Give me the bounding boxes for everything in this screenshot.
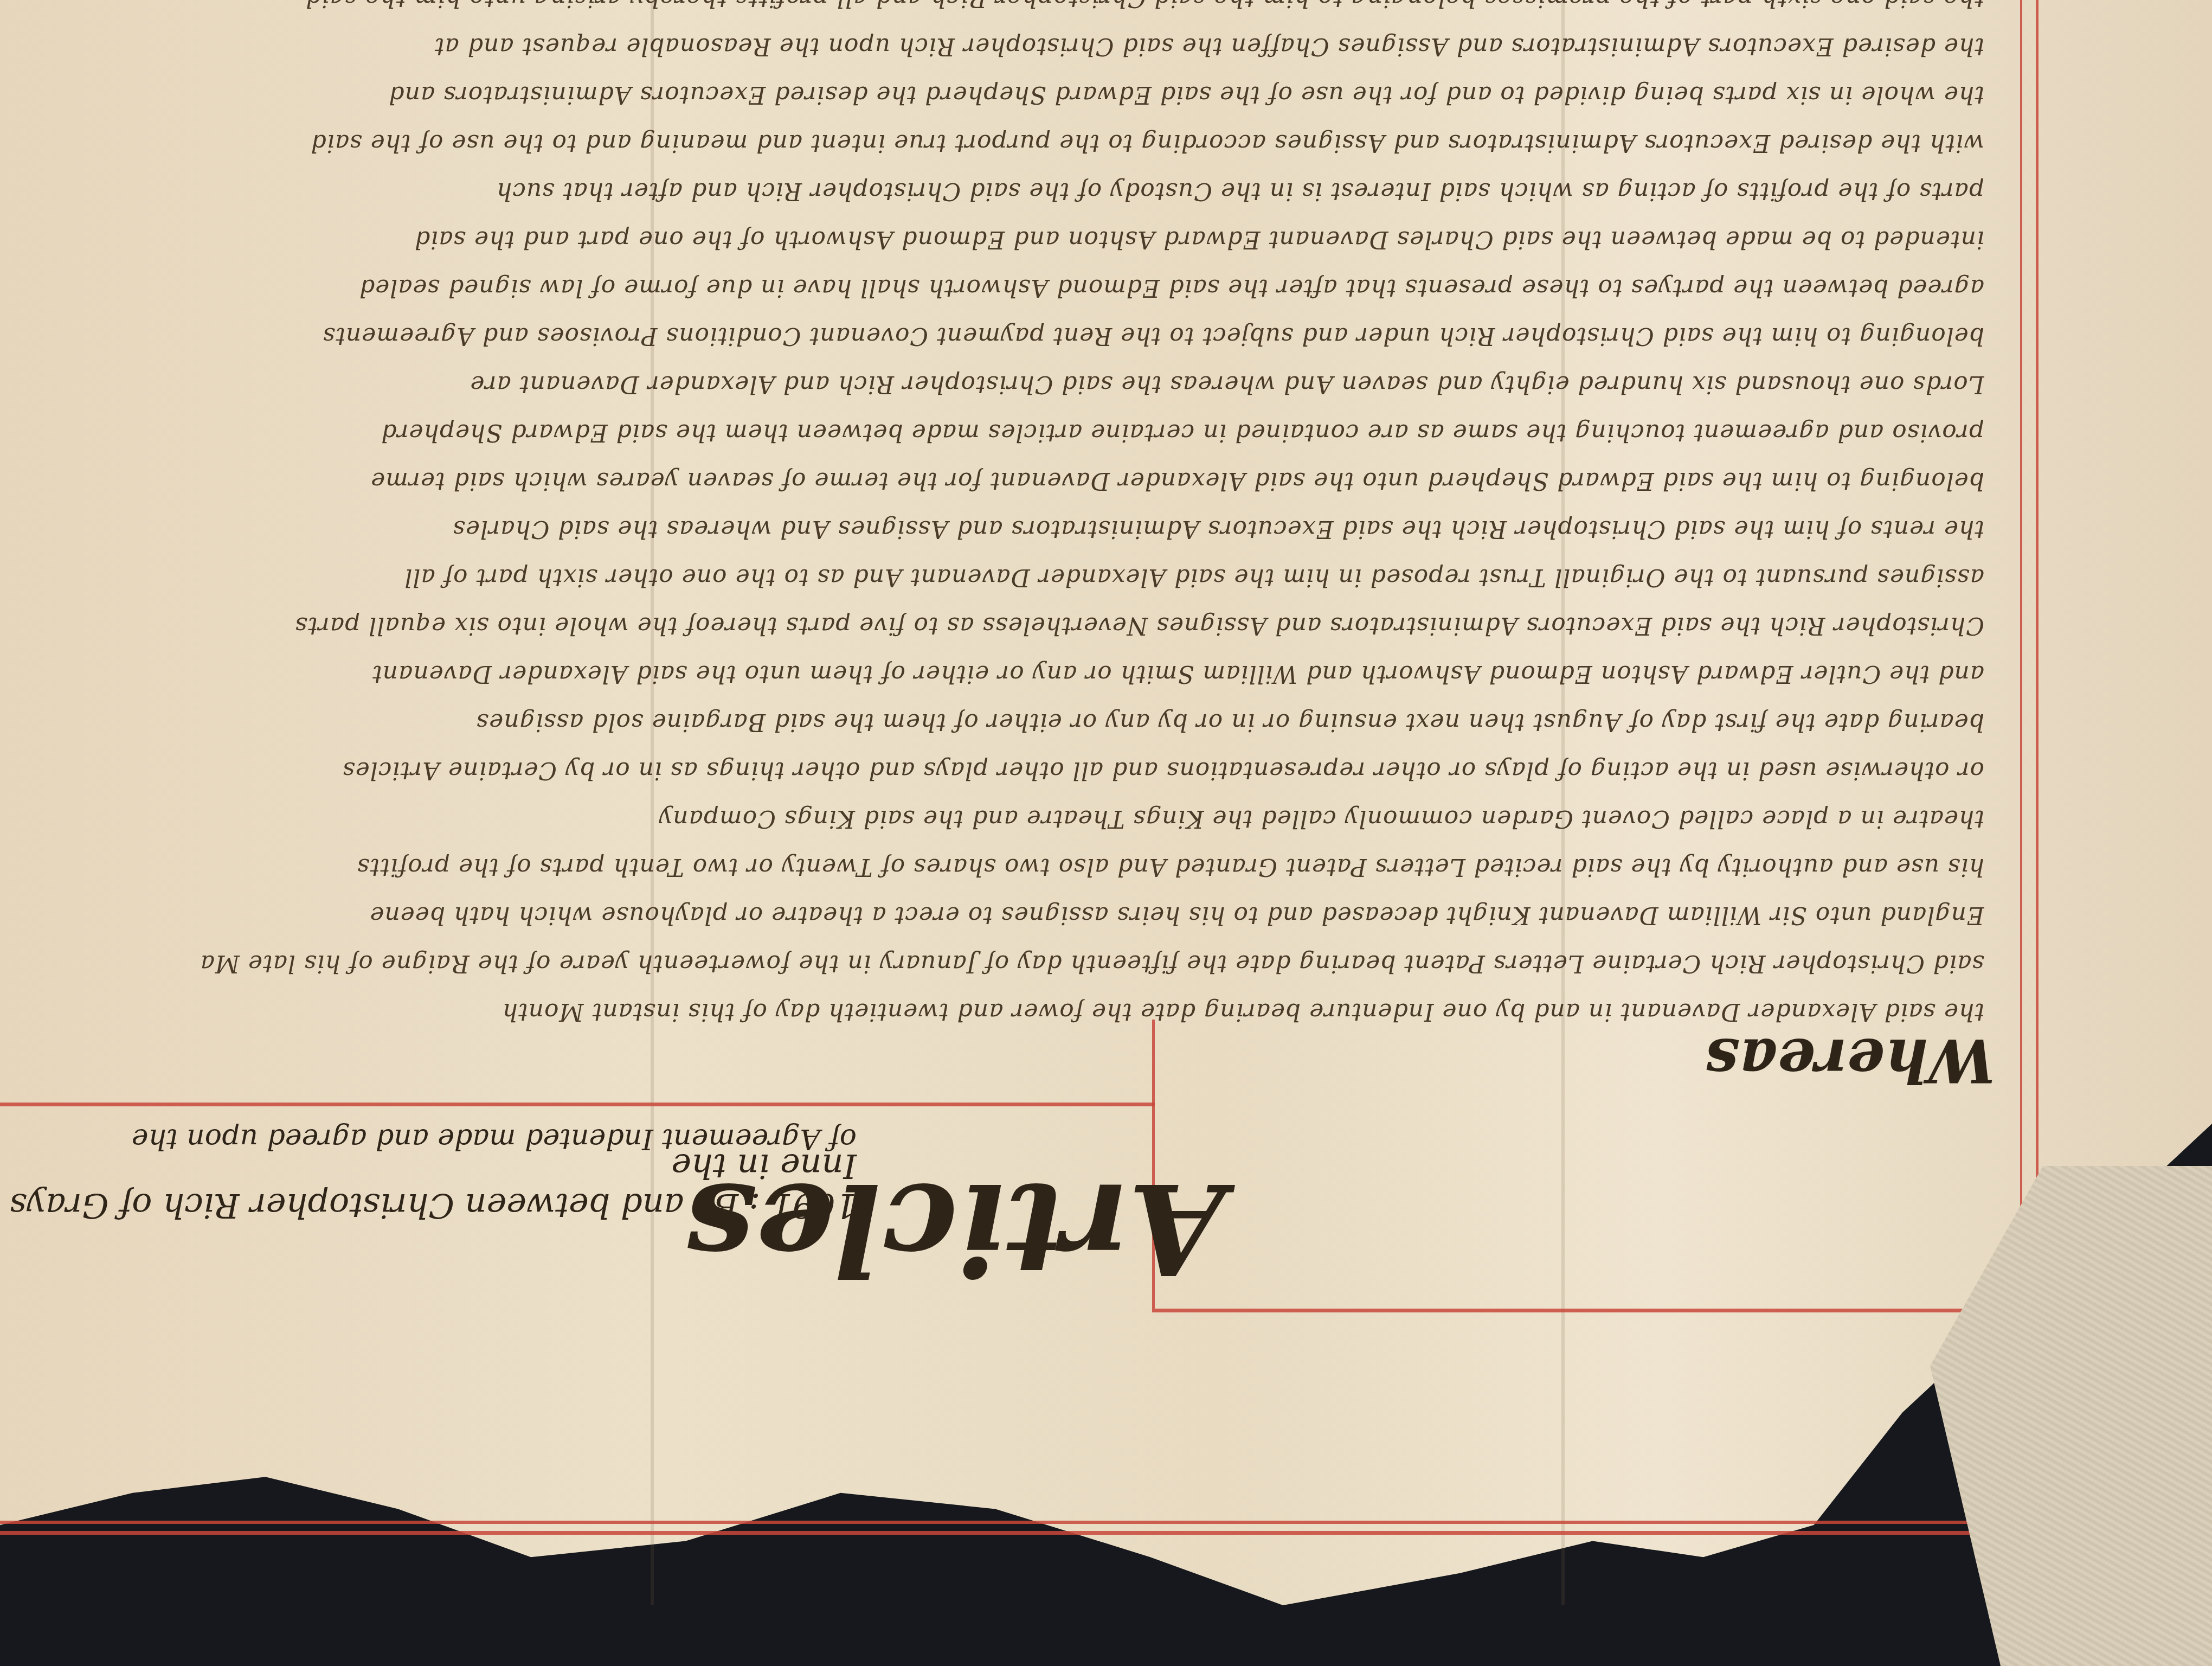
text-line: or otherwise used in the acting of plays… xyxy=(0,746,1984,794)
body-text: the said Alexander Davenant in and by on… xyxy=(0,0,1984,1036)
manuscript-upside-down: Articles 1691 : By and between Christoph… xyxy=(0,0,2212,1605)
text-line: and the Cutler Edward Ashton Edmond Ashw… xyxy=(0,650,1984,698)
text-line: assignes pursuant to the Originall Trust… xyxy=(0,553,1984,601)
text-line: belonging to him the said Edward Shepher… xyxy=(0,457,1984,505)
subheading: of Agreement Indented made and agreed up… xyxy=(132,1123,857,1155)
text-line: Lords one thousand six hundred eighty an… xyxy=(0,360,1984,408)
text-line: with the desired Executors Administrator… xyxy=(0,119,1984,167)
text-line: the said one sixth part of the premisses… xyxy=(0,0,1984,22)
text-line: Christopher Rich the said Executors Admi… xyxy=(0,601,1984,650)
margin-word-whereas: Whereas xyxy=(1705,1026,1995,1095)
text-line: proviso and agreement touching the same … xyxy=(0,408,1984,457)
photograph: Articles 1691 : By and between Christoph… xyxy=(0,0,2212,1666)
text-line: the rents of him the said Christopher Ri… xyxy=(0,505,1984,553)
text-line: agreed between the partyes to these pres… xyxy=(0,264,1984,312)
text-line: the whole in six parts being divided to … xyxy=(0,71,1984,119)
text-line: the said Alexander Davenant in and by on… xyxy=(0,988,1984,1036)
date-line: 1691 : By and between Christopher Rich o… xyxy=(0,1146,857,1226)
red-rule-heading-under xyxy=(0,1103,1155,1106)
text-line: theatre in a place called Covent Garden … xyxy=(0,794,1984,843)
text-line: his use and authority by the said recite… xyxy=(0,843,1984,891)
text-line: said Christopher Rich Certaine Letters P… xyxy=(0,939,1984,988)
text-line: the desired Executors Administrators and… xyxy=(0,22,1984,71)
text-line: parts of the profitts of acting as which… xyxy=(0,167,1984,215)
text-line: belonging to him the said Christopher Ri… xyxy=(0,312,1984,360)
text-line: intended to be made between the said Cha… xyxy=(0,215,1984,264)
text-line: bearing date the first day of August the… xyxy=(0,698,1984,746)
text-line: England unto Sir William Davenant Knight… xyxy=(0,891,1984,939)
red-rule-top-2 xyxy=(0,1521,2212,1524)
red-rule-top xyxy=(0,1531,2212,1535)
